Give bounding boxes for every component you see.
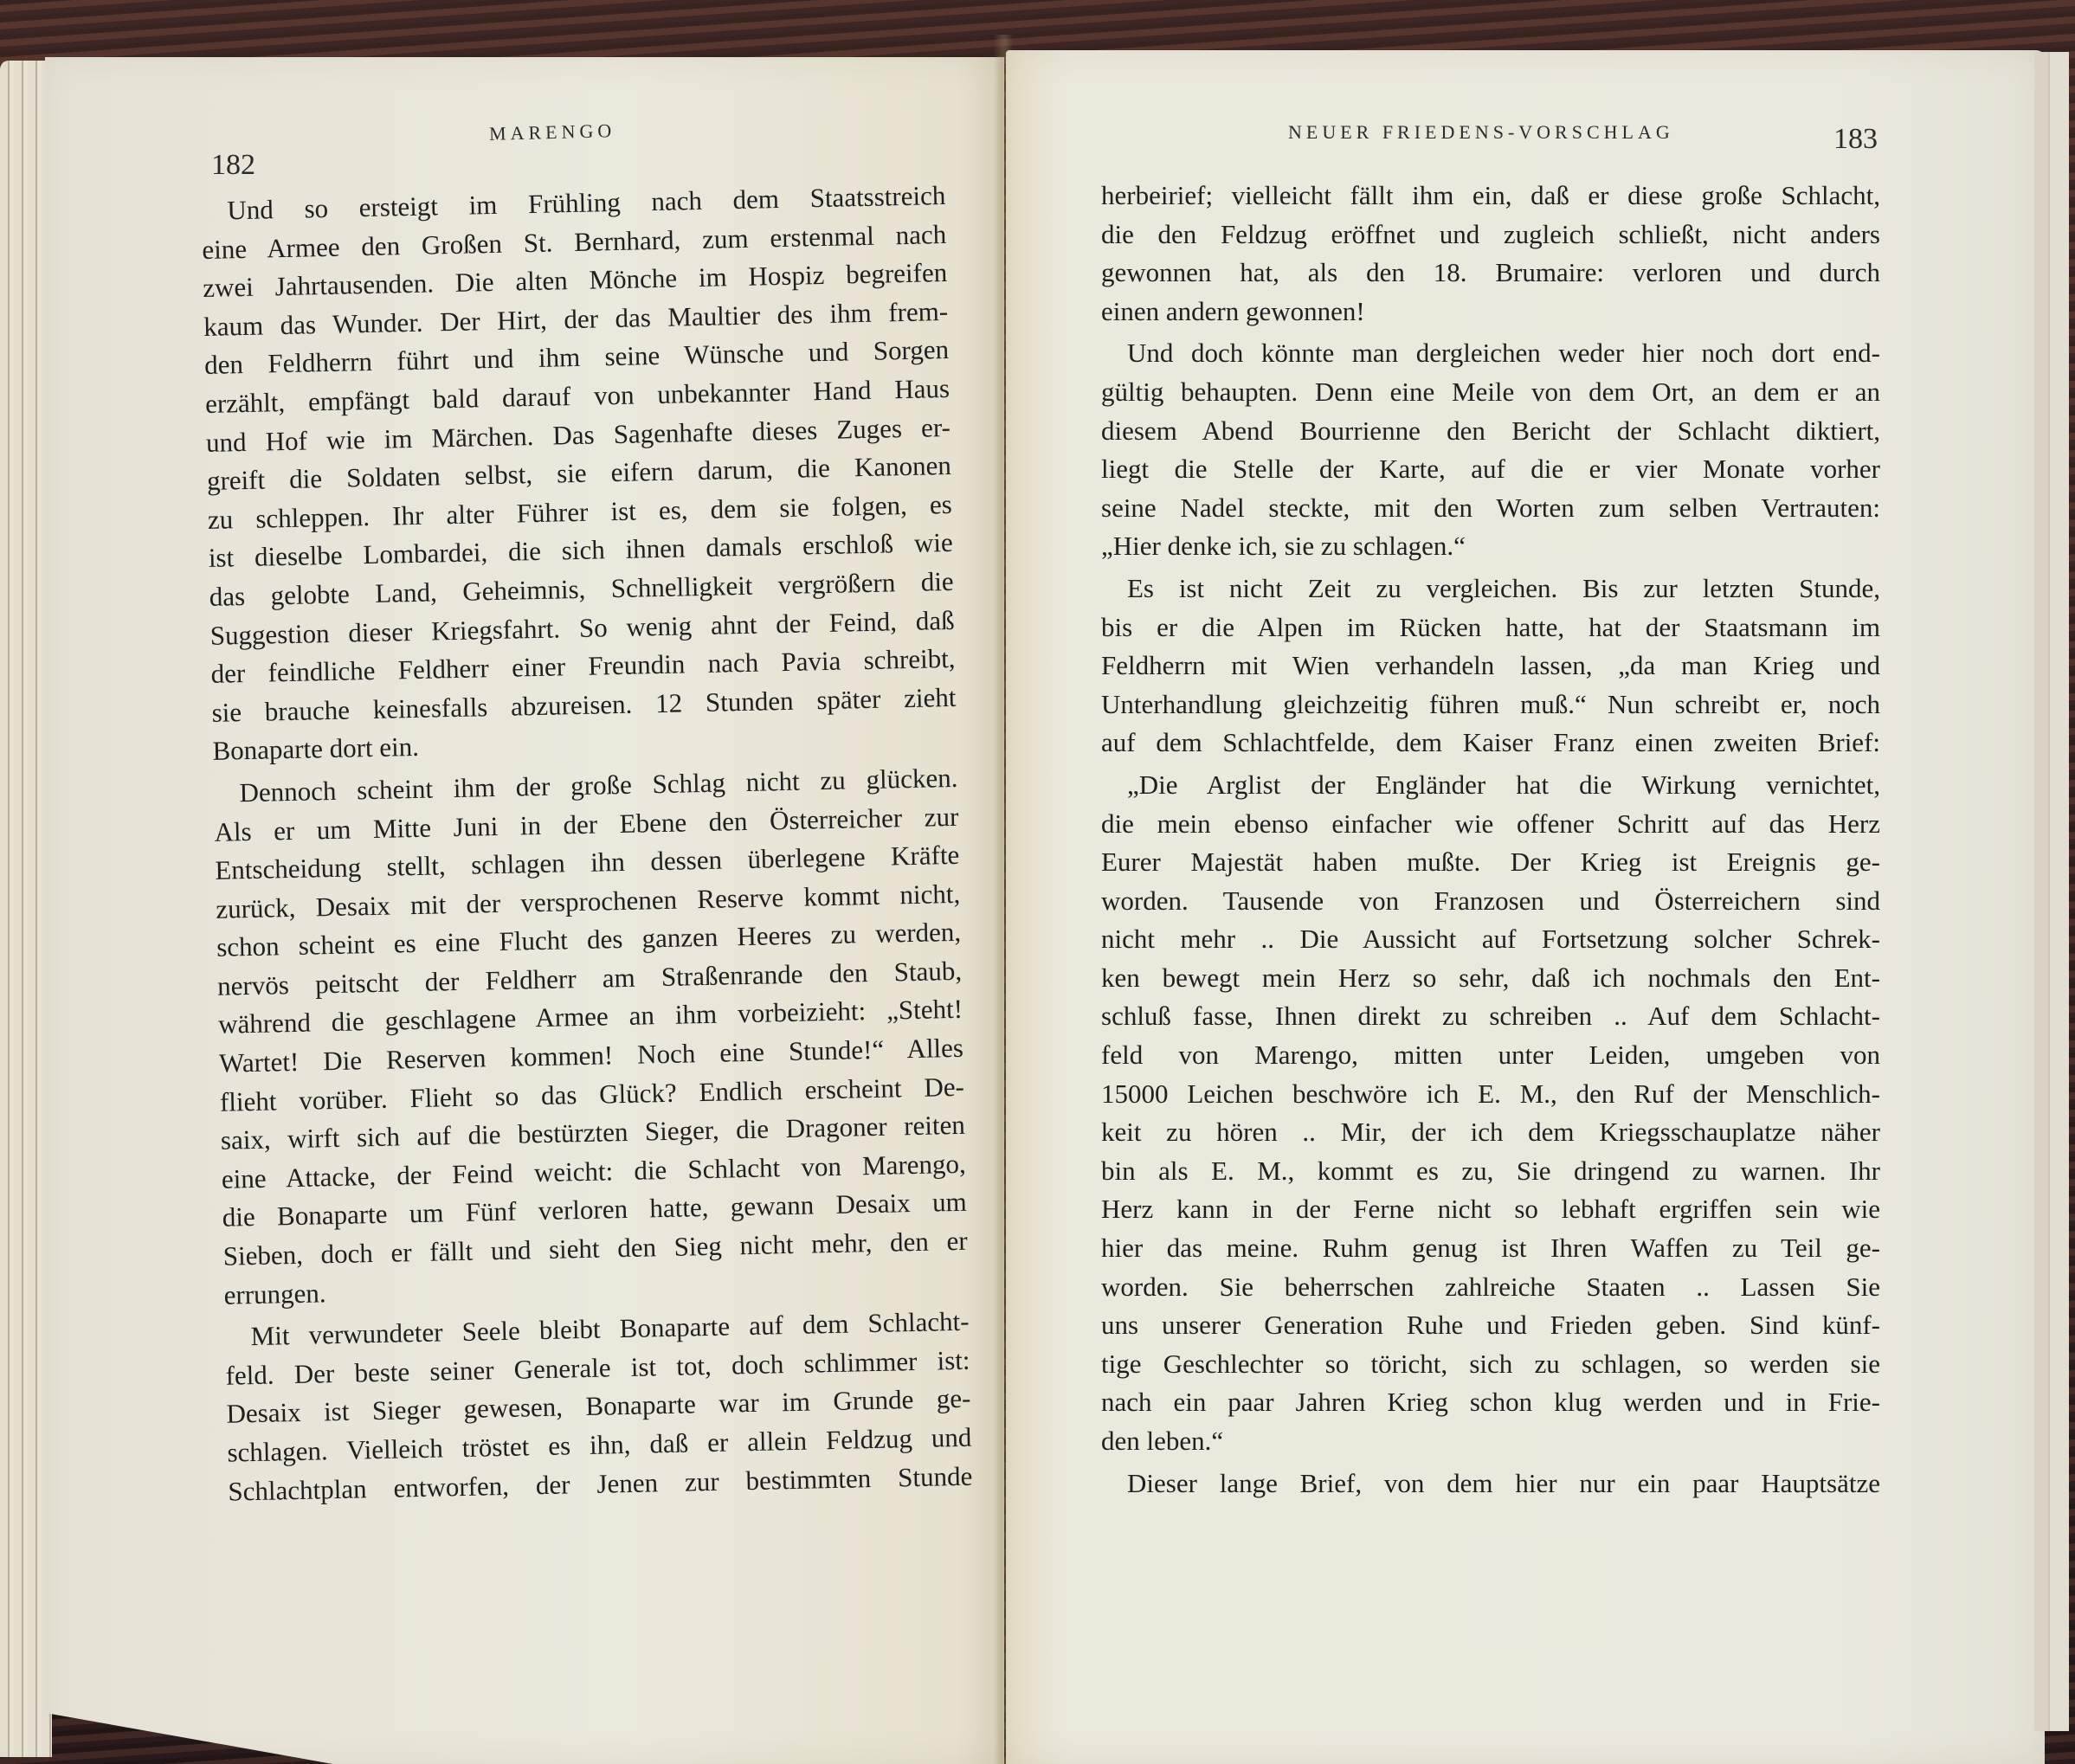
- text-line: den leben.“: [1101, 1422, 1880, 1461]
- text-line: Herz kann in der Ferne nicht so lebhaft …: [1101, 1190, 1880, 1229]
- text-line: einen andern gewonnen!: [1101, 293, 1880, 332]
- text-line: gewonnen hat, als den 18. Brumaire: verl…: [1101, 254, 1880, 293]
- paragraph: herbeirief; vielleicht fällt ihm ein, da…: [1101, 177, 1880, 331]
- text-line: 15000 Leichen beschwöre ich E. M., den R…: [1101, 1075, 1880, 1114]
- paragraph: Mit verwundeter Seele bleibt Bonaparte a…: [224, 1303, 972, 1511]
- paragraph: Dieser lange Brief, von dem hier nur ein…: [1101, 1465, 1880, 1503]
- text-line: liegt die Stelle der Karte, auf die er v…: [1101, 450, 1880, 489]
- text-line: bis er die Alpen im Rücken hatte, hat de…: [1101, 608, 1880, 647]
- text-line: diesem Abend Bourrienne den Bericht der …: [1101, 412, 1880, 451]
- left-running-head: MARENGO: [489, 119, 616, 145]
- text-line: auf dem Schlachtfelde, dem Kaiser Franz …: [1101, 724, 1880, 763]
- right-page-number: 183: [1833, 123, 1878, 156]
- text-line: Feldherrn mit Wien verhandeln lassen, „d…: [1101, 647, 1880, 686]
- right-page-text: herbeirief; vielleicht fällt ihm ein, da…: [1101, 177, 1880, 1503]
- left-page-text: Und so ersteigt im Frühling nach dem Sta…: [201, 177, 973, 1511]
- text-line: „Die Arglist der Engländer hat die Wirku…: [1101, 766, 1880, 805]
- text-line: keit zu hören .. Mir, der ich dem Kriegs…: [1101, 1113, 1880, 1152]
- text-line: uns unserer Generation Ruhe und Frieden …: [1101, 1306, 1880, 1345]
- text-line: gültig behaupten. Denn eine Meile von de…: [1101, 373, 1880, 412]
- text-line: nicht mehr .. Die Aussicht auf Fortsetzu…: [1101, 920, 1880, 959]
- text-line: seine Nadel steckte, mit den Worten zum …: [1101, 489, 1880, 528]
- text-line: die den Feldzug eröffnet und zugleich sc…: [1101, 216, 1880, 254]
- text-line: tige Geschlechter so töricht, sich zu sc…: [1101, 1345, 1880, 1384]
- text-line: hier das meine. Ruhm genug ist Ihren Waf…: [1101, 1229, 1880, 1268]
- paragraph: Und doch könnte man dergleichen weder hi…: [1101, 334, 1880, 566]
- left-page-edges: [0, 61, 52, 1757]
- right-page-edges: [2034, 52, 2069, 1731]
- text-line: bin als E. M., kommt es zu, Sie dringend…: [1101, 1152, 1880, 1191]
- text-line: Eurer Majestät haben mußte. Der Krieg is…: [1101, 843, 1880, 882]
- paragraph: Dennoch scheint ihm der große Schlag nic…: [213, 759, 969, 1315]
- text-line: schluß fasse, Ihnen direkt zu schreiben …: [1101, 997, 1880, 1036]
- left-page-number: 182: [211, 149, 255, 182]
- text-line: herbeirief; vielleicht fällt ihm ein, da…: [1101, 177, 1880, 216]
- paragraph: Und so ersteigt im Frühling nach dem Sta…: [201, 177, 957, 771]
- quoted-letter: „Die Arglist der Engländer hat die Wirku…: [1101, 766, 1880, 1461]
- text-line: Dieser lange Brief, von dem hier nur ein…: [1101, 1465, 1880, 1503]
- text-line: feld von Marengo, mitten unter Leiden, u…: [1101, 1036, 1880, 1075]
- text-line: nach ein paar Jahren Krieg schon klug we…: [1101, 1383, 1880, 1422]
- text-line: Es ist nicht Zeit zu vergleichen. Bis zu…: [1101, 570, 1880, 608]
- right-running-head: NEUER FRIEDENS-VORSCHLAG: [1288, 121, 1674, 144]
- text-line: Und doch könnte man dergleichen weder hi…: [1101, 334, 1880, 373]
- text-line: „Hier denke ich, sie zu schlagen.“: [1101, 527, 1880, 566]
- text-line: die mein ebenso einfacher wie offener Sc…: [1101, 805, 1880, 844]
- text-line: worden. Sie beherrschen zahlreiche Staat…: [1101, 1268, 1880, 1307]
- text-line: ken bewegt mein Herz so sehr, daß ich no…: [1101, 959, 1880, 998]
- text-line: Unterhandlung gleichzeitig führen muß.“ …: [1101, 686, 1880, 724]
- paragraph: Es ist nicht Zeit zu vergleichen. Bis zu…: [1101, 570, 1880, 763]
- book-gutter: [994, 35, 1013, 1764]
- text-line: worden. Tausende von Franzosen und Öster…: [1101, 882, 1880, 921]
